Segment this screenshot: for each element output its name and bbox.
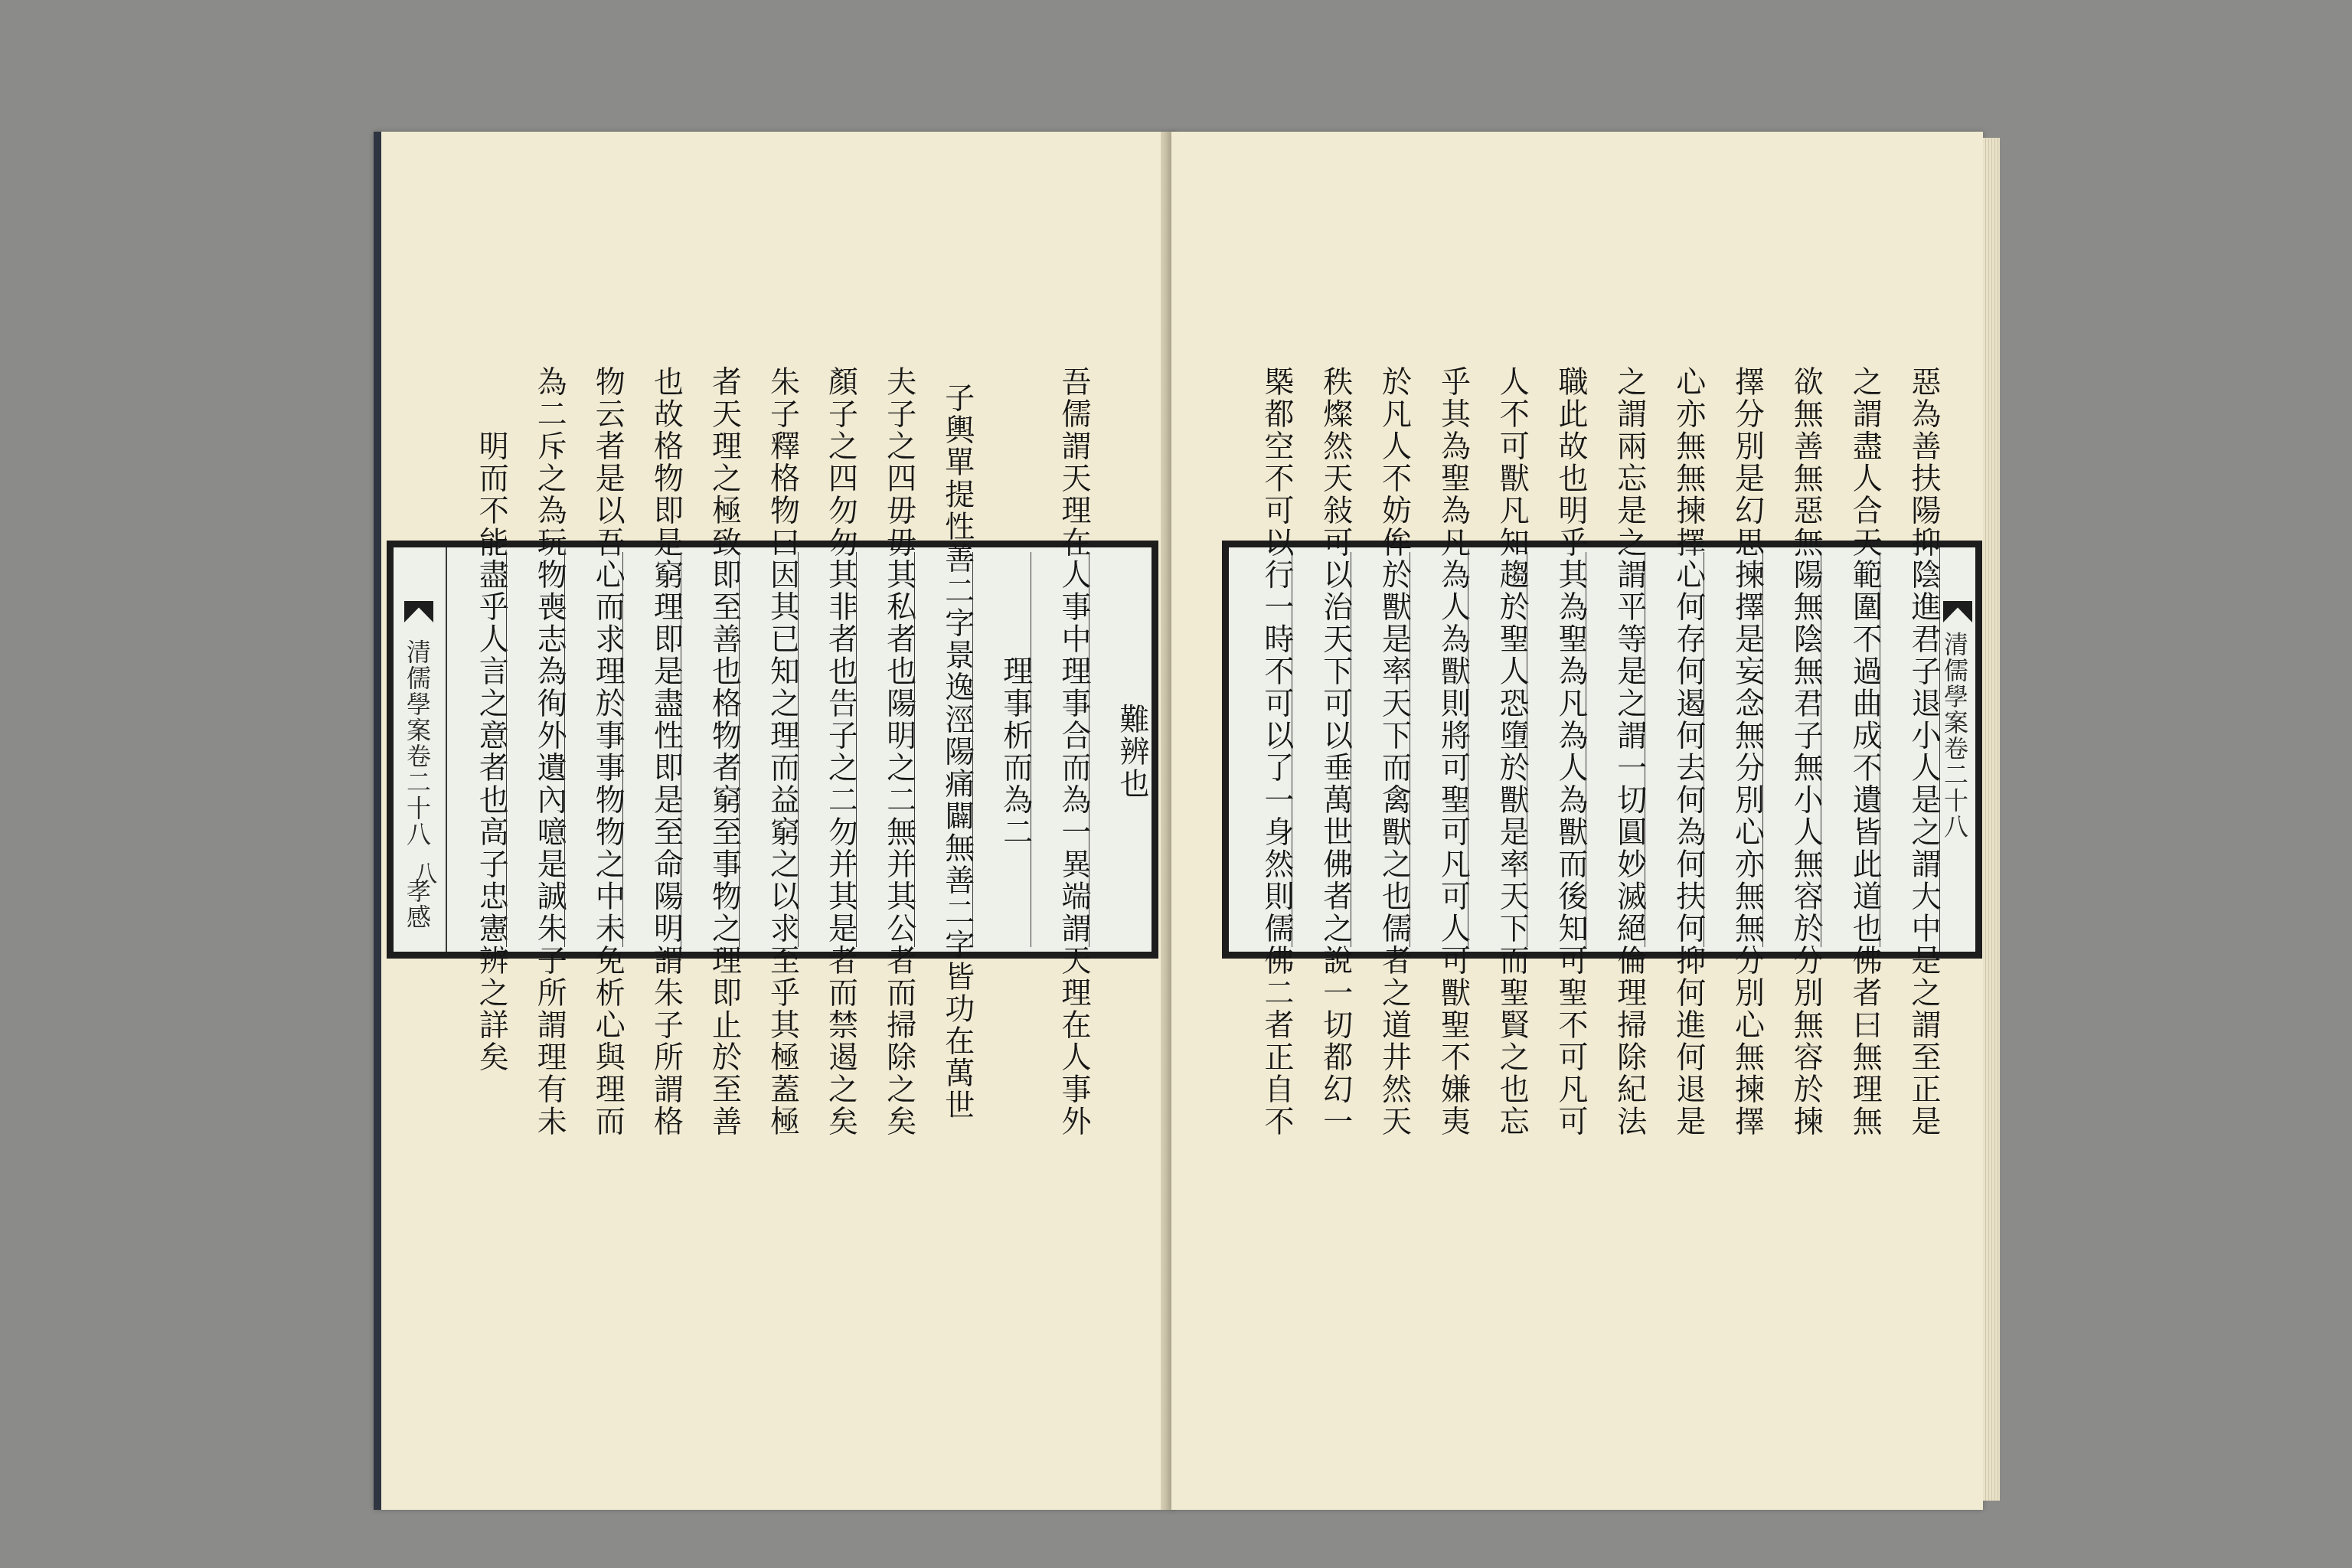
leaf-number: 八: [406, 861, 439, 884]
fish-tail-mark-icon: [404, 601, 433, 622]
text-column: 吾儒謂天理在人事中理事合而為一異端謂天理在人事外: [1031, 552, 1089, 947]
text-column: 心亦無無揀擇心何存何遏何去何為何扶何抑何進何退是: [1645, 552, 1704, 947]
text-column: 難辨也: [1089, 552, 1147, 947]
right-text-columns: 惡為善扶陽抑陰進君子退小人是之謂大中是之謂至正是 之謂盡人合天範圍不過曲成不遺皆…: [1233, 552, 1939, 947]
text-column: 朱子釋格物曰因其已知之理而益窮之以求至乎其極蓋極: [739, 552, 797, 947]
text-column: 秩燦然天敍可以治天下可以垂萬世佛者之說一切都幻一: [1292, 552, 1351, 947]
text-column: 者天理之極致即至善也格物者窮至事物之理即止於至善: [681, 552, 739, 947]
text-column: 顏子之四勿勿其非者也告子之二勿并其是者而禁遏之矣: [798, 552, 856, 947]
text-column: 於凡人不妨侔於獸是率天下而禽獸之也儒者之道井然天: [1351, 552, 1410, 947]
left-text-columns: 難辨也 吾儒謂天理在人事中理事合而為一異端謂天理在人事外 理事析而為二 子輿單提…: [449, 552, 1147, 947]
text-column: 子輿單提性善二字景逸涇陽痛闢無善二字皆功在萬世: [914, 552, 972, 947]
text-column: 之謂兩忘是之謂平等是之謂一切圓妙滅絕倫理掃除紀法: [1586, 552, 1645, 947]
page-stack-edge: [1983, 138, 2000, 1501]
right-print-frame: 清儒學案卷二十八 惡為善扶陽抑陰進君子退小人是之謂大中是之謂至正是 之謂盡人合天…: [1222, 541, 1982, 959]
right-margin-title: 清儒學案卷二十八: [1937, 632, 1972, 840]
text-column: 也故格物即是窮理即是盡性即是至命陽明謂朱子所謂格: [622, 552, 681, 947]
left-margin-title: 清儒學案卷二十八 孝感: [400, 639, 435, 930]
text-column: 擇分別是幻思揀擇是妄念無分別心亦無無分別心無揀擇: [1704, 552, 1762, 947]
text-column: 理事析而為二: [972, 552, 1031, 947]
text-column: 欲無善無惡無陽無陰無君子無小人無容於分別無容於揀: [1762, 552, 1821, 947]
text-column: 惡為善扶陽抑陰進君子退小人是之謂大中是之謂至正是: [1880, 552, 1939, 947]
text-column: 物云者是以吾心而求理於事事物物之中未免析心與理而: [564, 552, 622, 947]
fish-tail-mark-icon: [1943, 601, 1972, 622]
text-column: 人不可獸凡知趨於聖人恐墮於獸是率天下而聖賢之也忘: [1468, 552, 1527, 947]
left-print-frame: 清儒學案卷二十八 孝感 八 難辨也 吾儒謂天理在人事中理事合而為一異端謂天理在人…: [387, 541, 1158, 959]
margin-rule: [446, 547, 447, 952]
text-column: 職此故也明乎其為聖為凡為人為獸而後知可聖不可凡可: [1527, 552, 1586, 947]
text-column: 乎其為聖為凡為人為獸則將可聖可凡可人可獸聖不嫌夷: [1410, 552, 1468, 947]
text-column: 明而不能盡乎人言之意者也高子忠憲辨之詳矣: [449, 552, 506, 947]
text-column: 槩都空不可以行一時不可以了一身然則儒佛二者正自不: [1233, 552, 1292, 947]
text-column: 為二斥之為玩物喪志為徇外遺內噫是誠朱子所謂理有未: [506, 552, 564, 947]
text-column: 之謂盡人合天範圍不過曲成不遺皆此道也佛者曰無理無: [1821, 552, 1880, 947]
text-column: 夫子之四毋毋其私者也陽明之二無并其公者而掃除之矣: [856, 552, 914, 947]
